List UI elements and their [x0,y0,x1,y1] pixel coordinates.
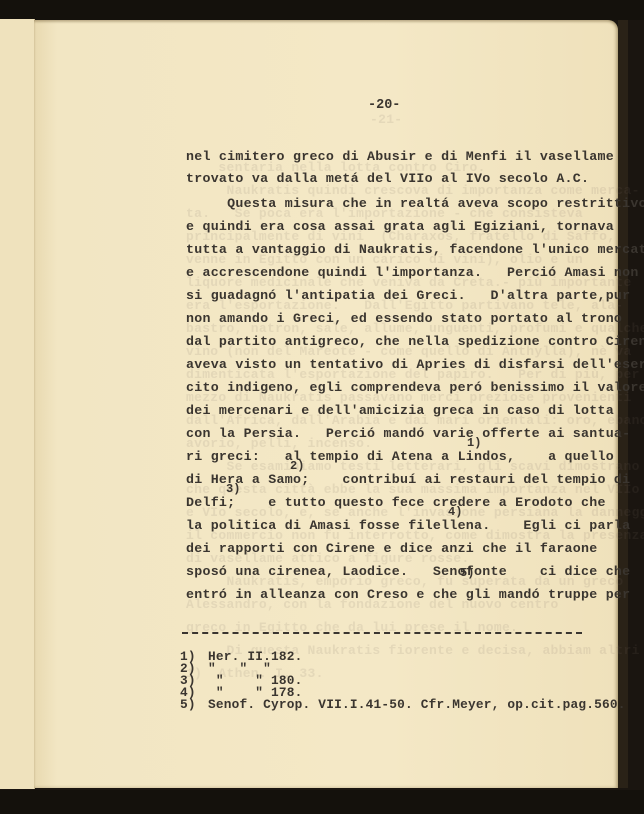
body-line: dei mercenari e dell'amicizia greca in c… [186,403,614,419]
body-line: nel cimitero greco di Abusir e di Menfi … [186,149,614,165]
footnote-marker-2: 2) [290,459,304,473]
body-line: tutta a vantaggio di Naukratis, facendon… [186,242,644,258]
bleed-through-page-number: -21- [370,112,402,127]
body-line: la politica di Amasi fosse filellena. Eg… [186,518,630,534]
footnote: 5)Senof. Cyrop. VII.I.41-50. Cfr.Meyer, … [180,699,626,711]
body-line: Questa misura che in realtá aveva scopo … [186,196,644,212]
footnote-marker-1: 1) [467,436,481,450]
body-line: dal partito antigreco, che nella spedizi… [186,334,644,350]
body-line: entró in alleanza con Creso e che gli ma… [186,587,630,603]
body-line: ri greci: al tempio di Atena a Lindos, a… [186,449,614,465]
footnote-marker-5: 5) [460,566,474,580]
footnote-marker-4: 4) [448,505,462,519]
body-line: e accrescendone quindi l'importanza. Per… [186,265,639,281]
body-line: aveva visto un tentativo di Apries di di… [186,357,644,373]
footnote-separator [182,632,582,634]
body-line: con la Persia. Perció mandó varie offert… [186,426,630,442]
body-line: si guadagnó l'antipatia dei Greci. D'alt… [186,288,630,304]
body-line: e quindi era cosa assai grata agli Egizi… [186,219,614,235]
body-line: non amando i Greci, ed essendo stato por… [186,311,622,327]
scanner-background-bottom [0,790,644,814]
body-line: dei rapporti con Cirene e dice anzi che … [186,541,597,557]
scanner-background-top [0,0,644,20]
body-line: trovato va dalla metá del VIIo al IVo se… [186,171,589,187]
body-line: sposó una cirenea, Laodice. Senofonte ci… [186,564,630,580]
body-line: Delfi; e tutto questo fece credere a Ero… [186,495,606,511]
footnote-marker-3: 3) [226,482,240,496]
body-line: di Hera a Samo; contribuí ai restauri de… [186,472,630,488]
body-line: cito indigeno, egli comprendeva peró ben… [186,380,644,396]
page-number: -20- [368,98,400,113]
facing-page-edge [0,19,35,789]
